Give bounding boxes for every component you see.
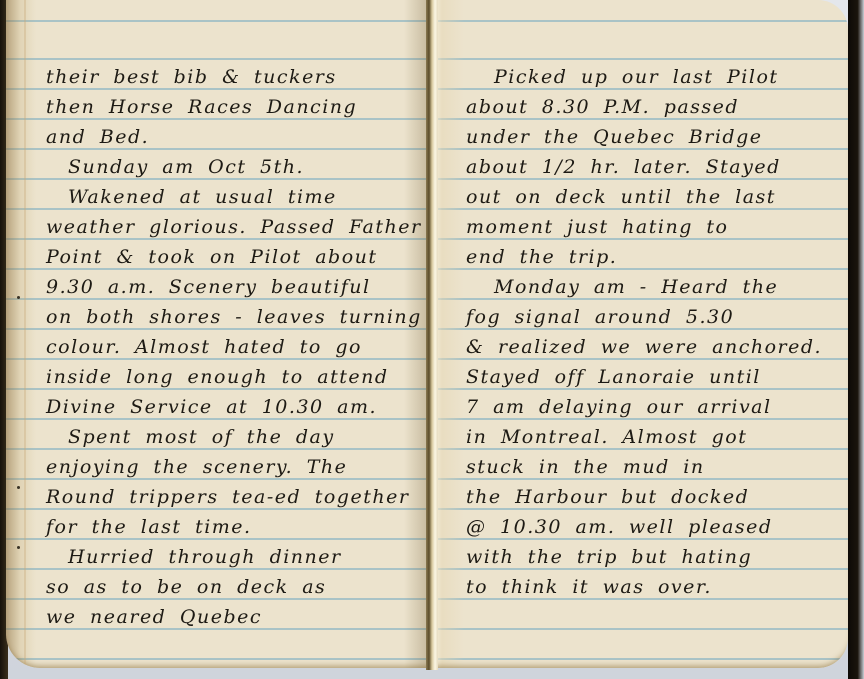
right-edge-shadow [848, 0, 864, 679]
notebook-scene: their best bib & tuckers then Horse Race… [0, 0, 864, 679]
diary-date-heading: Monday am - Heard the [430, 272, 848, 302]
diary-line: their best bib & tuckers [6, 62, 430, 92]
diary-line: in Montreal. Almost got [430, 422, 848, 452]
diary-line: we neared Quebec [6, 602, 430, 632]
diary-line: to think it was over. [430, 572, 848, 602]
diary-line: and Bed. [6, 122, 430, 152]
diary-line: the Harbour but docked [430, 482, 848, 512]
diary-line: so as to be on deck as [6, 572, 430, 602]
left-page: their best bib & tuckers then Horse Race… [6, 0, 430, 668]
diary-line: & realized we were anchored. [430, 332, 848, 362]
diary-line: 7 am delaying our arrival [430, 392, 848, 422]
diary-line: out on deck until the last [430, 182, 848, 212]
diary-line: Round trippers tea-ed together [6, 482, 430, 512]
diary-line: about 1/2 hr. later. Stayed [430, 152, 848, 182]
diary-line: end the trip. [430, 242, 848, 272]
diary-line: Spent most of the day [6, 422, 430, 452]
notebook-gutter [426, 0, 438, 670]
diary-line: 9.30 a.m. Scenery beautiful [6, 272, 430, 302]
right-page-text: Picked up our last Pilot about 8.30 P.M.… [430, 62, 848, 602]
diary-line: Hurried through dinner [6, 542, 430, 572]
diary-line: moment just hating to [430, 212, 848, 242]
diary-line: enjoying the scenery. The [6, 452, 430, 482]
left-page-text: their best bib & tuckers then Horse Race… [6, 62, 430, 632]
diary-date-heading: Sunday am Oct 5th. [6, 152, 430, 182]
diary-line: @ 10.30 am. well pleased [430, 512, 848, 542]
diary-line: Stayed off Lanoraie until [430, 362, 848, 392]
diary-line: on both shores - leaves turning [6, 302, 430, 332]
diary-line: inside long enough to attend [6, 362, 430, 392]
diary-line: fog signal around 5.30 [430, 302, 848, 332]
diary-line: Divine Service at 10.30 am. [6, 392, 430, 422]
diary-line: Point & took on Pilot about [6, 242, 430, 272]
diary-line: then Horse Races Dancing [6, 92, 430, 122]
diary-line: colour. Almost hated to go [6, 332, 430, 362]
diary-line: weather glorious. Passed Father [6, 212, 430, 242]
diary-line: for the last time. [6, 512, 430, 542]
diary-line: Picked up our last Pilot [430, 62, 848, 92]
diary-line: with the trip but hating [430, 542, 848, 572]
diary-line: under the Quebec Bridge [430, 122, 848, 152]
diary-line: about 8.30 P.M. passed [430, 92, 848, 122]
diary-line: Wakened at usual time [6, 182, 430, 212]
diary-line: stuck in the mud in [430, 452, 848, 482]
right-page: Picked up our last Pilot about 8.30 P.M.… [430, 0, 848, 668]
